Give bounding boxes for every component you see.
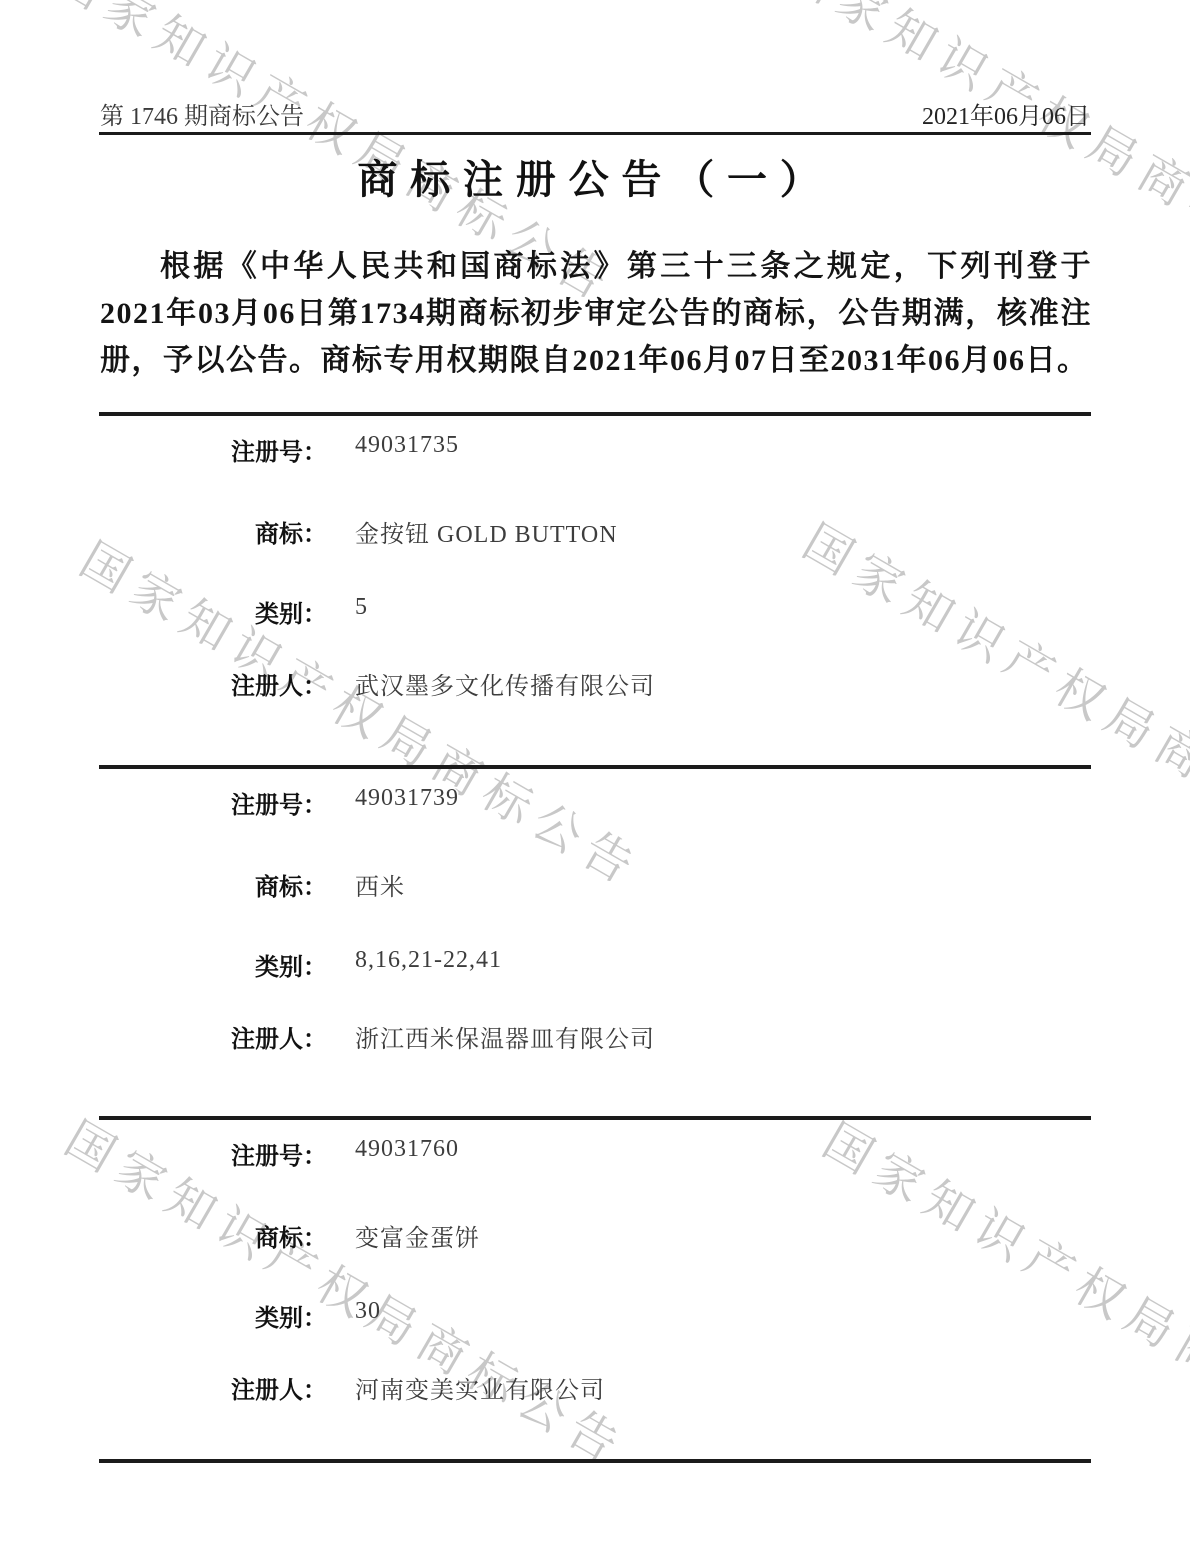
header-rule [99,132,1091,135]
intro-paragraph: 根据《中华人民共和国商标法》第三十三条之规定，下列刊登于2021年03月06日第… [100,243,1092,384]
class-value: 30 [355,1298,381,1325]
trademark-entry: 注册号： 49031760 商标： 变富金蛋饼 类别： 30 注册人： 河南变美… [99,1116,1091,1470]
field-label-reg-no: 注册号： [159,1136,327,1171]
field-label-class: 类别： [159,1298,327,1333]
reg-no-row: 注册号： 49031760 [99,1136,1091,1170]
field-label-registrant: 注册人： [159,1019,327,1054]
trademark-entry: 注册号： 49031739 商标： 西米 类别： 8,16,21-22,41 注… [99,765,1091,1119]
field-label-mark: 商标： [159,1218,327,1253]
registrant-row: 注册人： 浙江西米保温器皿有限公司 [99,1019,1091,1053]
class-value: 5 [355,594,368,621]
mark-value: 金按钮 GOLD BUTTON [355,514,618,549]
trademark-entry: 注册号： 49031735 商标： 金按钮 GOLD BUTTON 类别： 5 … [99,412,1091,766]
class-value: 8,16,21-22,41 [355,947,502,974]
mark-row: 商标： 西米 [99,867,1091,901]
header-date: 2021年06月06日 [922,96,1090,131]
class-row: 类别： 30 [99,1298,1091,1332]
announcement-page: 国家知识产权局商标公告 国家知识产权局商标公告 国家知识产权局商标公告 国家知识… [0,0,1190,1564]
field-label-reg-no: 注册号： [159,432,327,467]
field-label-registrant: 注册人： [159,666,327,701]
registrant-value: 浙江西米保温器皿有限公司 [355,1019,655,1054]
field-label-class: 类别： [159,947,327,982]
field-label-class: 类别： [159,594,327,629]
reg-no-value: 49031735 [355,432,459,459]
header-issue-number: 第 1746 期商标公告 [100,96,304,131]
field-label-mark: 商标： [159,514,327,549]
bottom-rule [99,1459,1091,1463]
field-label-registrant: 注册人： [159,1370,327,1405]
mark-value: 西米 [355,867,405,902]
page-title: 商标注册公告（一） [0,148,1190,205]
class-row: 类别： 5 [99,594,1091,628]
registrant-row: 注册人： 河南变美实业有限公司 [99,1370,1091,1404]
reg-no-row: 注册号： 49031735 [99,432,1091,466]
class-row: 类别： 8,16,21-22,41 [99,947,1091,981]
reg-no-row: 注册号： 49031739 [99,785,1091,819]
registrant-value: 武汉墨多文化传播有限公司 [355,666,655,701]
registrant-row: 注册人： 武汉墨多文化传播有限公司 [99,666,1091,700]
field-label-reg-no: 注册号： [159,785,327,820]
reg-no-value: 49031739 [355,785,459,812]
registrant-value: 河南变美实业有限公司 [355,1370,605,1405]
field-label-mark: 商标： [159,867,327,902]
mark-value: 变富金蛋饼 [355,1218,480,1253]
mark-row: 商标： 金按钮 GOLD BUTTON [99,514,1091,548]
mark-row: 商标： 变富金蛋饼 [99,1218,1091,1252]
reg-no-value: 49031760 [355,1136,459,1163]
